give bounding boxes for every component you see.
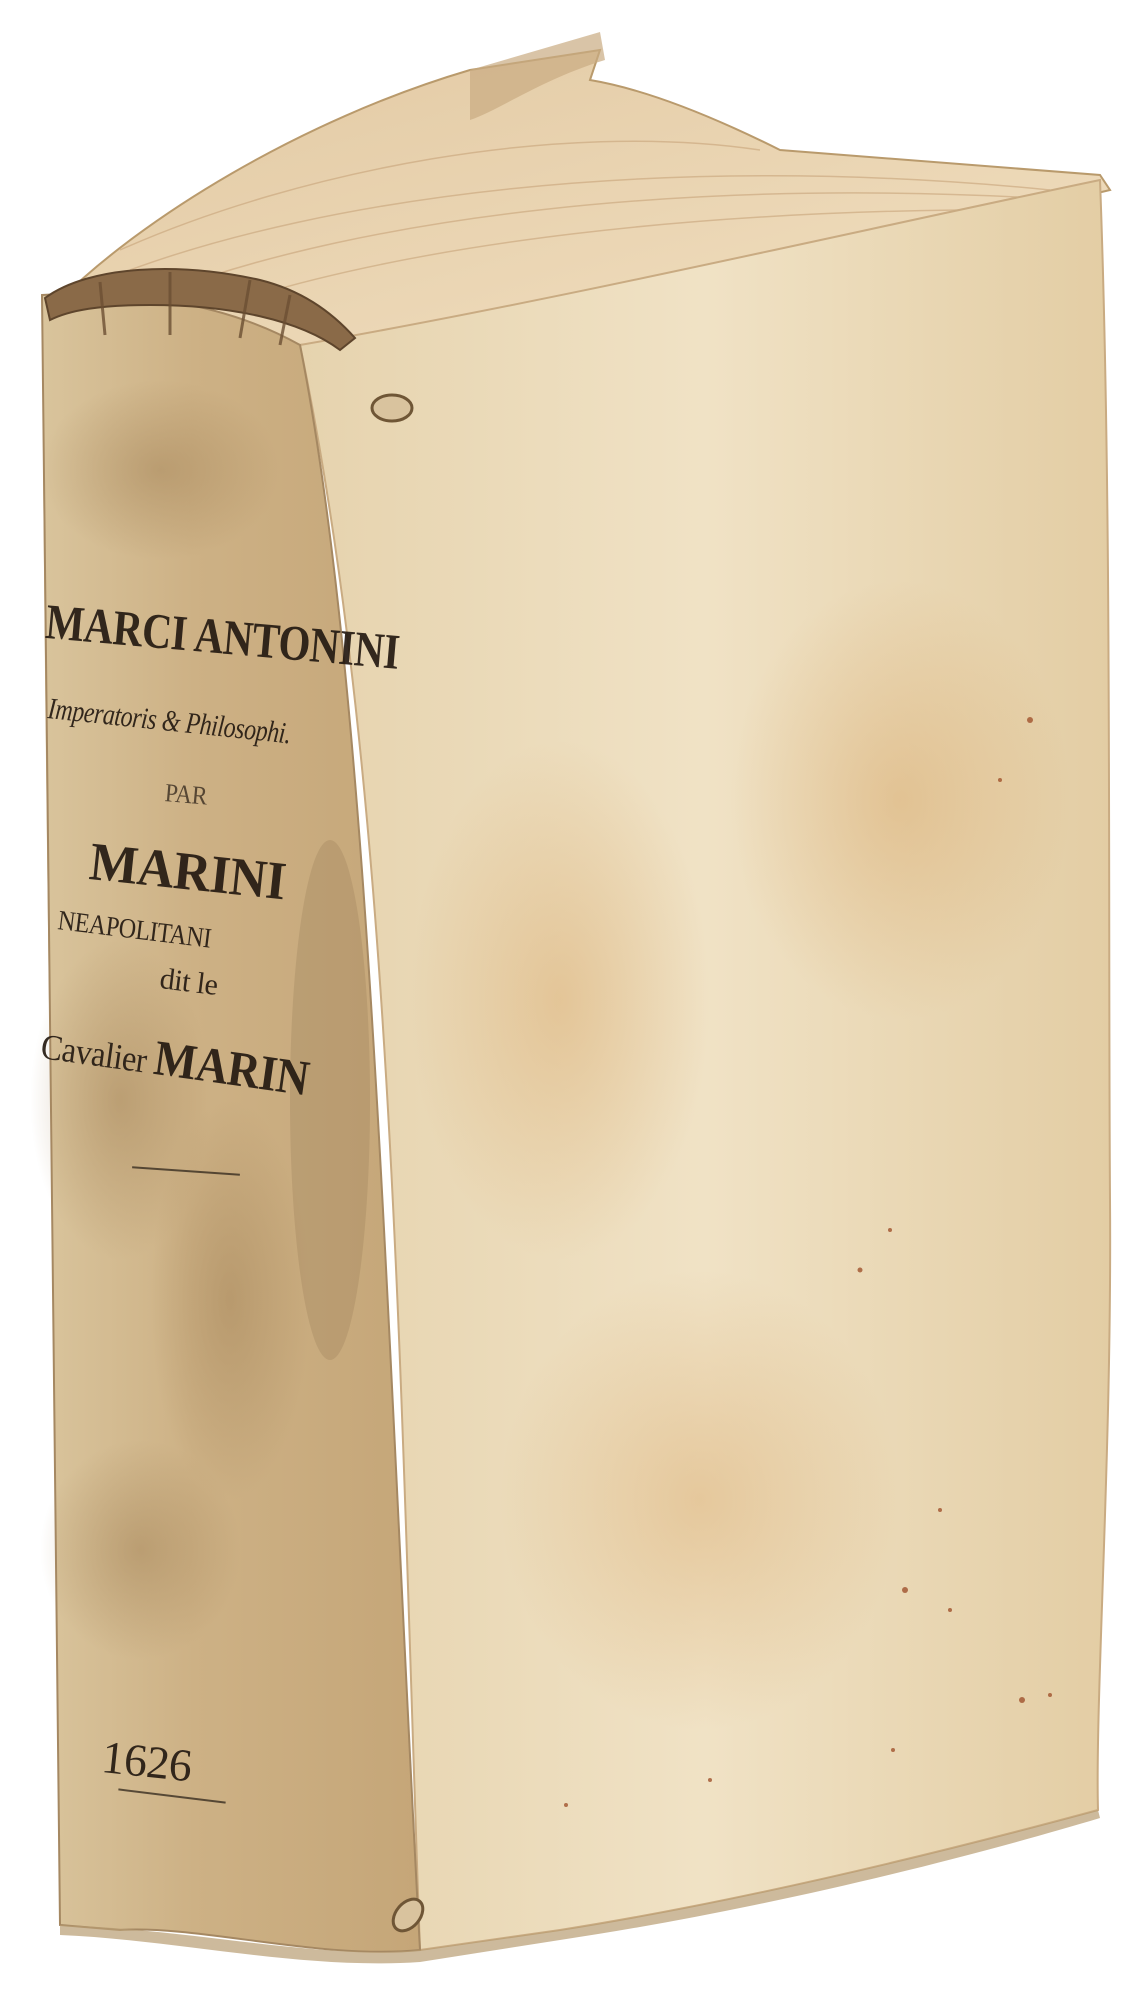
book-illustration <box>0 0 1138 2000</box>
book-photo: MARCI ANTONINI Imperatoris & Philosophi.… <box>0 0 1138 2000</box>
tie-hole-top <box>372 395 412 421</box>
